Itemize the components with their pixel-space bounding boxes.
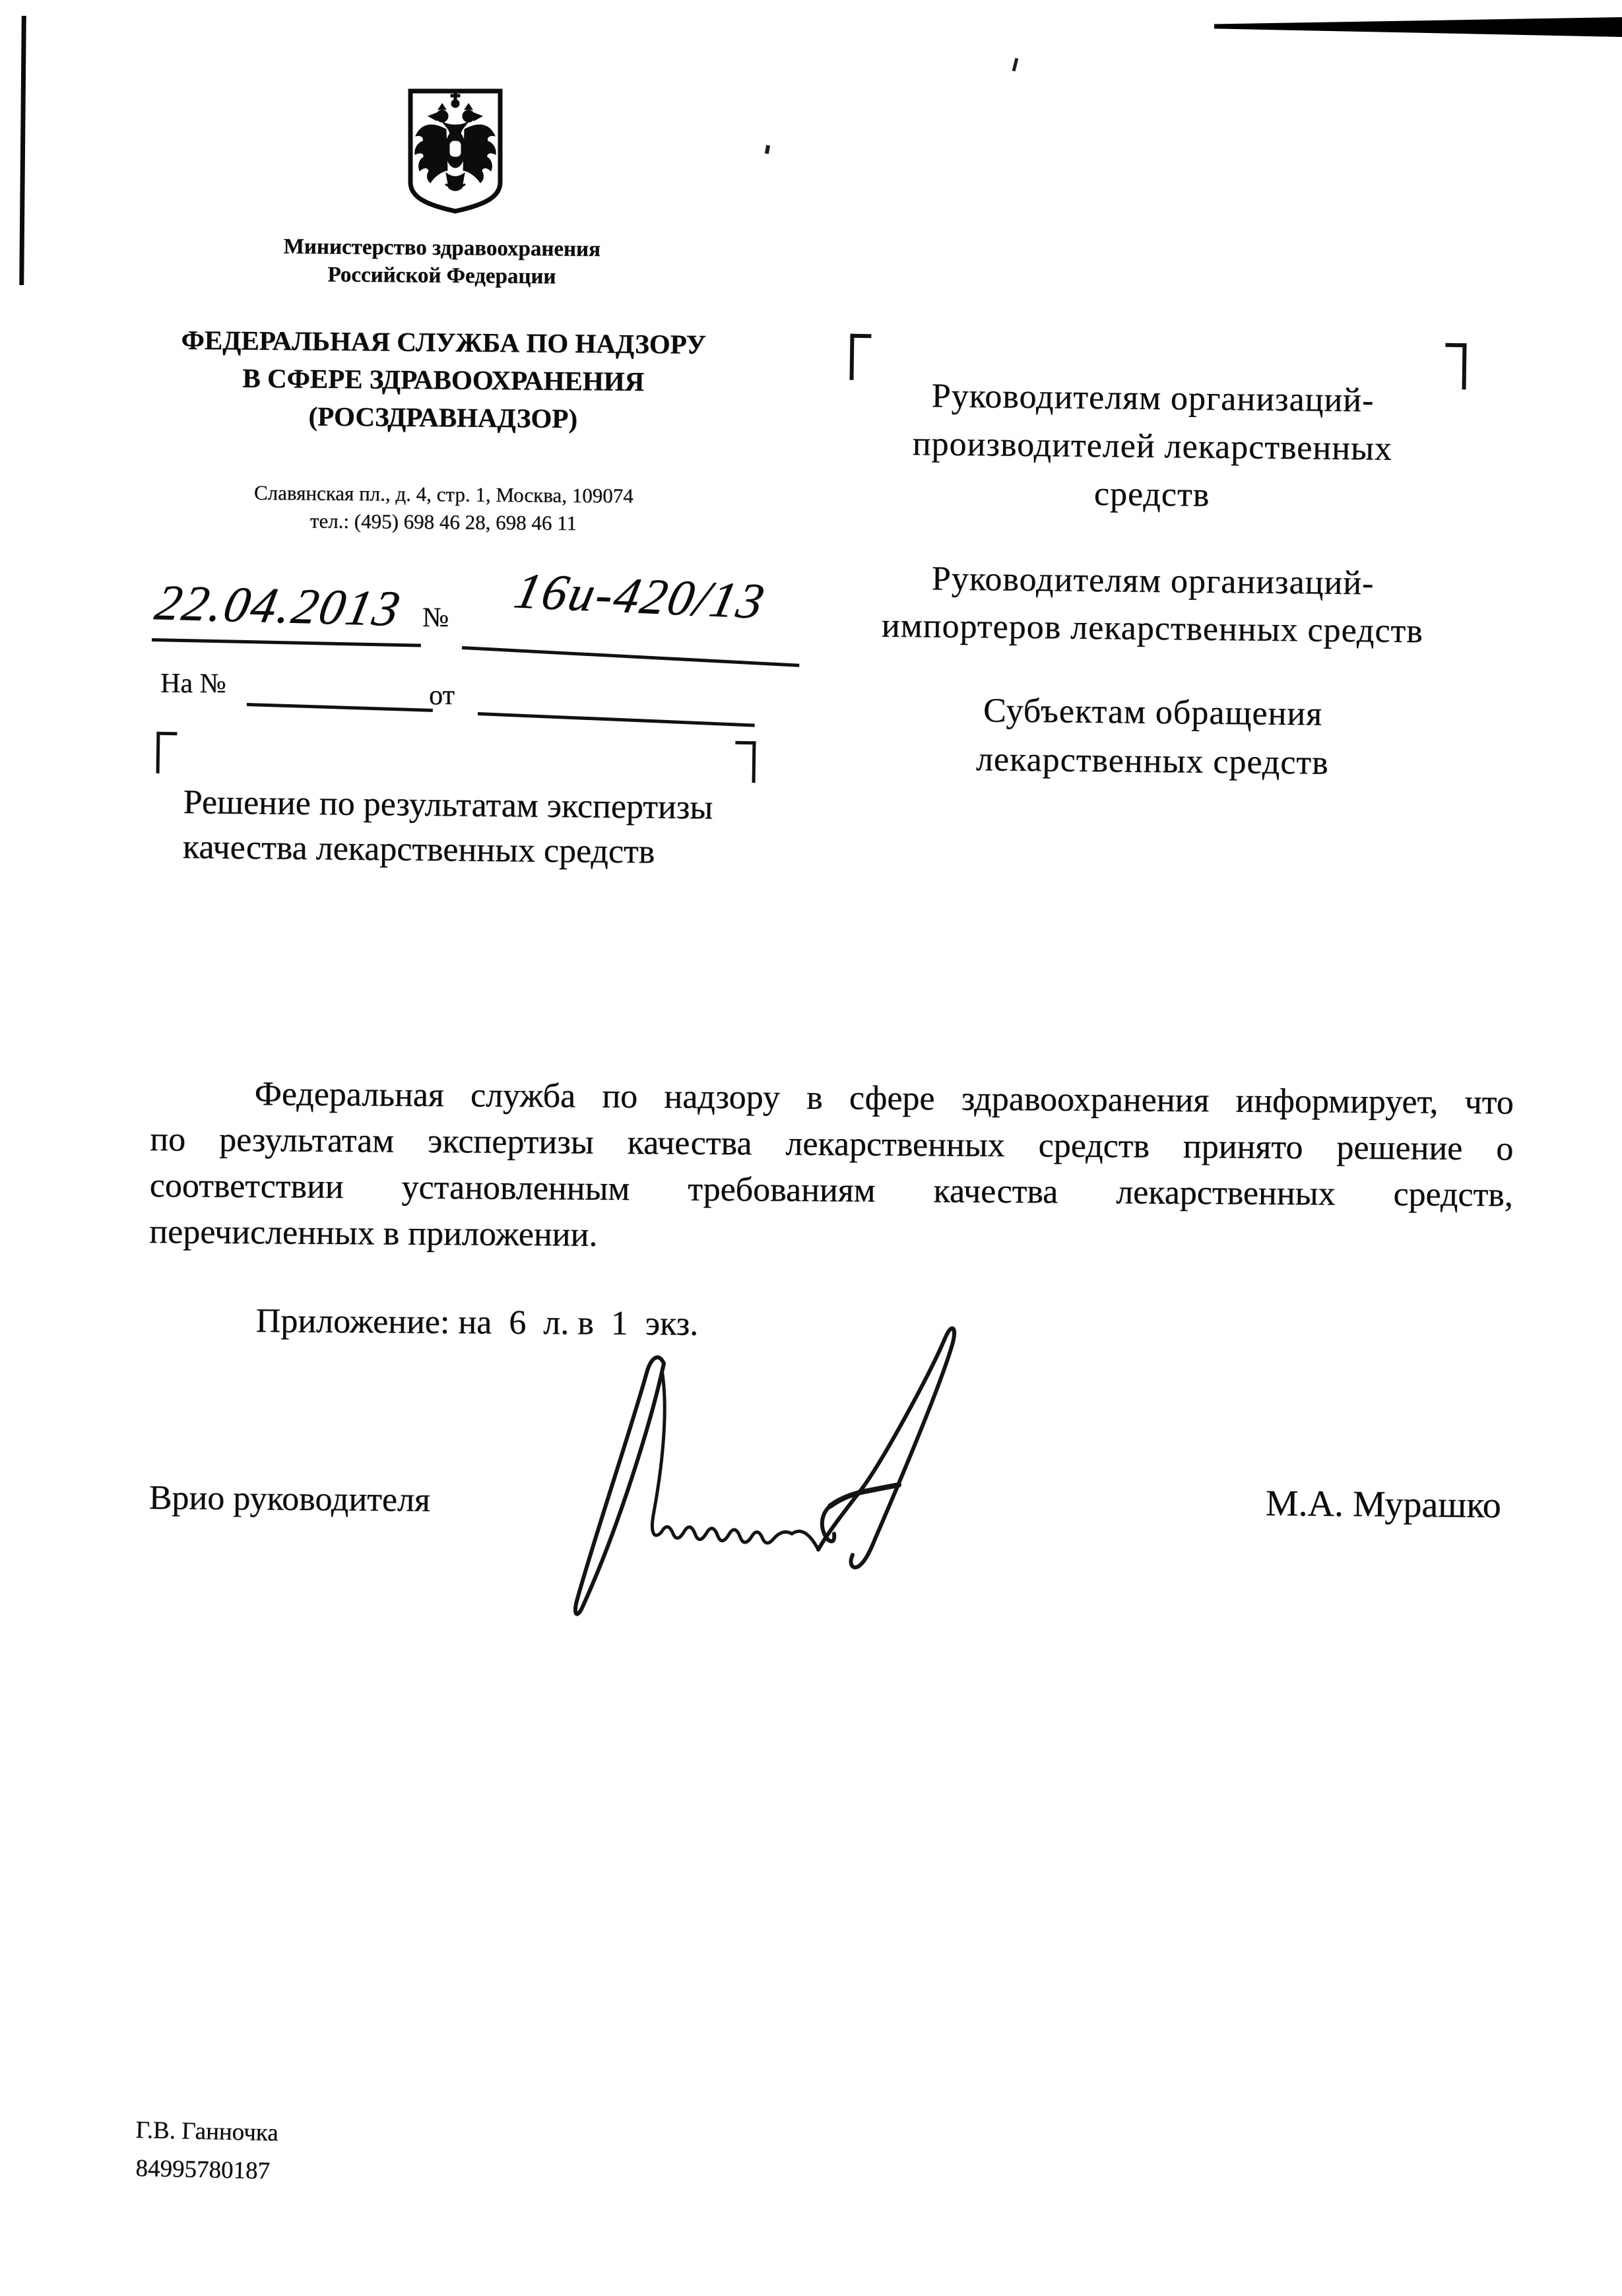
- addressee-block-manufacturers: Руководителям организаций- производителе…: [843, 371, 1462, 522]
- addressee-block-subjects: Субъектам обращения лекарственных средст…: [843, 685, 1461, 789]
- reply-date-blank-line: [478, 711, 755, 727]
- executor-name: Г.В. Ганночка: [135, 2116, 278, 2148]
- addressee-line: Субъектам обращения: [844, 685, 1462, 740]
- outgoing-number-handwritten: 16и-420/13: [509, 562, 771, 631]
- agency-line-2: В СФЕРЕ ЗДРАВООХРАНЕНИЯ: [118, 358, 768, 402]
- scan-artifact-top-right-bar: [1214, 17, 1622, 37]
- scan-artifact-left-line: [19, 16, 26, 285]
- signer-name: М.А. Мурашко: [1265, 1482, 1501, 1526]
- agency-name: ФЕДЕРАЛЬНАЯ СЛУЖБА ПО НАДЗОРУ В СФЕРЕ ЗД…: [118, 321, 769, 440]
- scan-speck: [765, 145, 770, 154]
- addressee-line: Руководителям организаций-: [844, 371, 1462, 426]
- addressee-line: производителей лекарственных: [843, 419, 1461, 474]
- agency-contacts: Славянская пл., д. 4, стр. 1, Москва, 10…: [118, 478, 769, 539]
- scanned-letter-page: Министерство здравоохранения Российской …: [0, 0, 1622, 2296]
- handwritten-signature: [535, 1307, 996, 1637]
- executor-phone: 84995780187: [135, 2154, 270, 2185]
- signer-title: Врио руководителя: [148, 1478, 430, 1520]
- coat-of-arms-icon: [404, 86, 507, 216]
- corner-bracket-icon: [735, 741, 756, 783]
- date-blank-line: [152, 638, 421, 647]
- number-sign-label: №: [422, 602, 449, 634]
- body-line: перечисленных в приложении.: [149, 1209, 1512, 1264]
- ministry-line-2: Российской Федерации: [227, 260, 656, 292]
- addressee-line: импортеров лекарственных средств: [843, 602, 1461, 656]
- subject-block: Решение по результатам экспертизы качест…: [183, 780, 777, 876]
- addressee-line: Руководителям организаций-: [844, 554, 1462, 608]
- reply-from-label: от: [429, 680, 455, 711]
- reply-number-blank-line: [247, 702, 433, 712]
- agency-phone: тел.: (495) 698 46 28, 698 46 11: [118, 506, 768, 539]
- ministry-name: Министерство здравоохранения Российской …: [227, 232, 657, 292]
- agency-line-1: ФЕДЕРАЛЬНАЯ СЛУЖБА ПО НАДЗОРУ: [119, 321, 769, 364]
- corner-bracket-icon: [156, 732, 178, 773]
- reply-to-label: На №: [160, 668, 226, 700]
- subject-line-2: качества лекарственных средств: [183, 825, 777, 876]
- addressee-line: средств: [843, 467, 1461, 522]
- subject-line-1: Решение по результатам экспертизы: [183, 780, 777, 831]
- body-paragraph: Федеральная служба по надзору в сфере зд…: [149, 1070, 1514, 1264]
- addressee-line: лекарственных средств: [843, 734, 1461, 789]
- addressee-block-importers: Руководителям организаций- импортеров ле…: [843, 554, 1461, 656]
- outgoing-date-handwritten: 22.04.2013: [150, 574, 406, 638]
- agency-line-3: (РОСЗДРАВНАДЗОР): [118, 396, 768, 440]
- scan-speck: [1012, 58, 1019, 72]
- number-blank-line: [462, 645, 800, 667]
- ministry-line-1: Министерство здравоохранения: [228, 232, 657, 264]
